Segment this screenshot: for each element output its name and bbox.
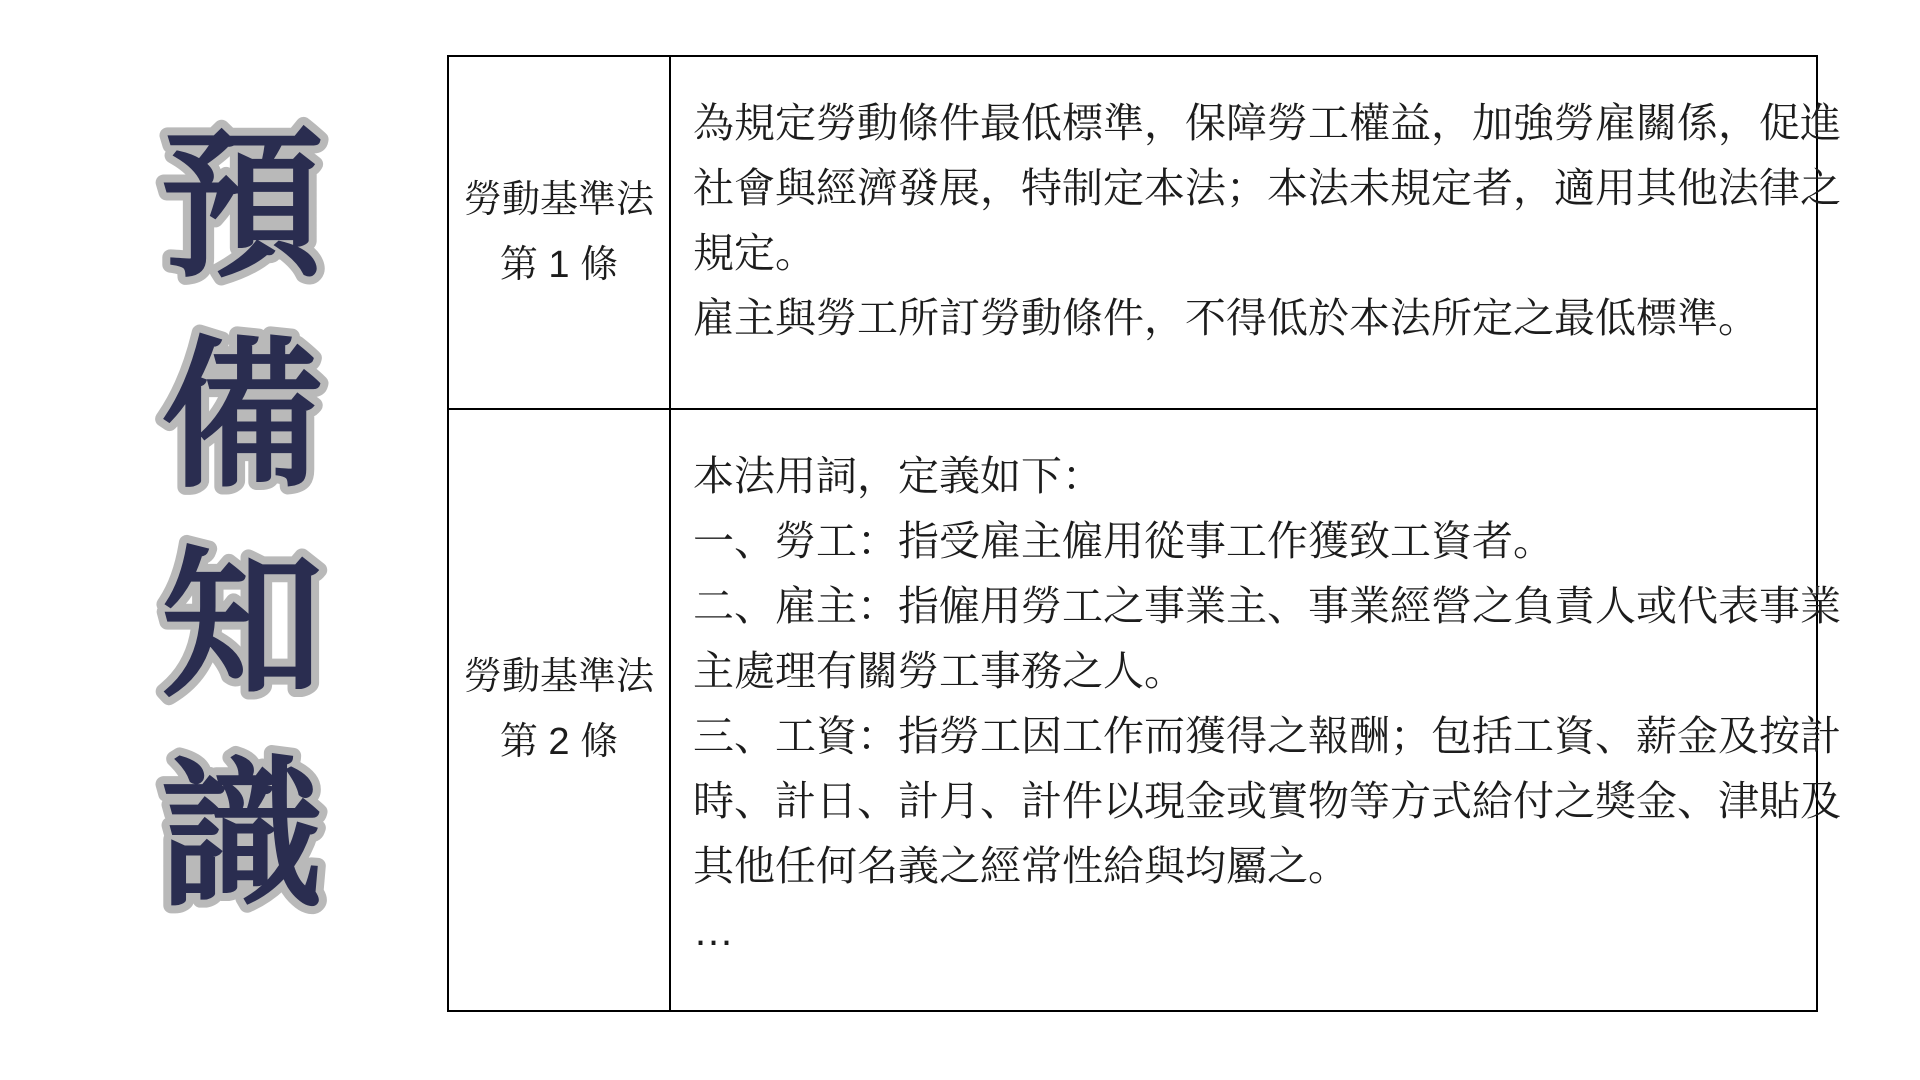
table-row-article-1: 勞動基準法 第 1 條 為規定勞動條件最低標準，保障勞工權益，加強勞雇關係，促進… bbox=[449, 57, 1816, 410]
text-line: 二、雇主：指僱用勞工之事業主、事業經營之負責人或代表事業 bbox=[693, 574, 1841, 639]
slide-canvas: 預 備 知 識 預 備 知 識 勞動基準法 第 1 條 為規定勞動條件最低標準，… bbox=[0, 0, 1920, 1080]
law-table: 勞動基準法 第 1 條 為規定勞動條件最低標準，保障勞工權益，加強勞雇關係，促進… bbox=[447, 55, 1818, 1012]
text-line: 規定。 bbox=[693, 221, 1841, 286]
title-char: 備 bbox=[161, 326, 323, 507]
text-line: 三、工資：指勞工因工作而獲得之報酬；包括工資、薪金及按計 bbox=[693, 704, 1841, 769]
text-line: 為規定勞動條件最低標準，保障勞工權益，加強勞雇關係，促進 bbox=[693, 91, 1841, 156]
article-1-body-cell: 為規定勞動條件最低標準，保障勞工權益，加強勞雇關係，促進 社會與經濟發展，特制定… bbox=[671, 57, 1859, 408]
ellipsis-line: … bbox=[693, 899, 1841, 964]
article-1-header-cell: 勞動基準法 第 1 條 bbox=[449, 57, 671, 408]
text-line: 雇主與勞工所訂勞動條件，不得低於本法所定之最低標準。 bbox=[693, 286, 1841, 351]
vertical-title: 預 備 知 識 預 備 知 識 bbox=[130, 90, 355, 970]
article-2-header-cell: 勞動基準法 第 2 條 bbox=[449, 410, 671, 1010]
article-2-body-cell: 本法用詞，定義如下： 一、勞工：指受雇主僱用從事工作獲致工資者。 二、雇主：指僱… bbox=[671, 410, 1859, 1010]
law-name: 勞動基準法 bbox=[464, 645, 654, 710]
text-line: 主處理有關勞工事務之人。 bbox=[693, 639, 1841, 704]
text-line: 其他任何名義之經常性給與均屬之。 bbox=[693, 834, 1841, 899]
text-line: 社會與經濟發展，特制定本法；本法未規定者，適用其他法律之 bbox=[693, 156, 1841, 221]
title-char: 識 bbox=[161, 746, 323, 927]
text-line: 本法用詞，定義如下： bbox=[693, 444, 1841, 509]
table-row-article-2: 勞動基準法 第 2 條 本法用詞，定義如下： 一、勞工：指受雇主僱用從事工作獲致… bbox=[449, 410, 1816, 1010]
text-line: 時、計日、計月、計件以現金或實物等方式給付之獎金、津貼及 bbox=[693, 769, 1841, 834]
text-line: 一、勞工：指受雇主僱用從事工作獲致工資者。 bbox=[693, 509, 1841, 574]
law-name: 勞動基準法 bbox=[464, 168, 654, 233]
article-number: 第 1 條 bbox=[500, 233, 618, 298]
title-char: 知 bbox=[161, 536, 323, 717]
title-char: 預 bbox=[161, 116, 323, 297]
article-number: 第 2 條 bbox=[500, 710, 618, 775]
